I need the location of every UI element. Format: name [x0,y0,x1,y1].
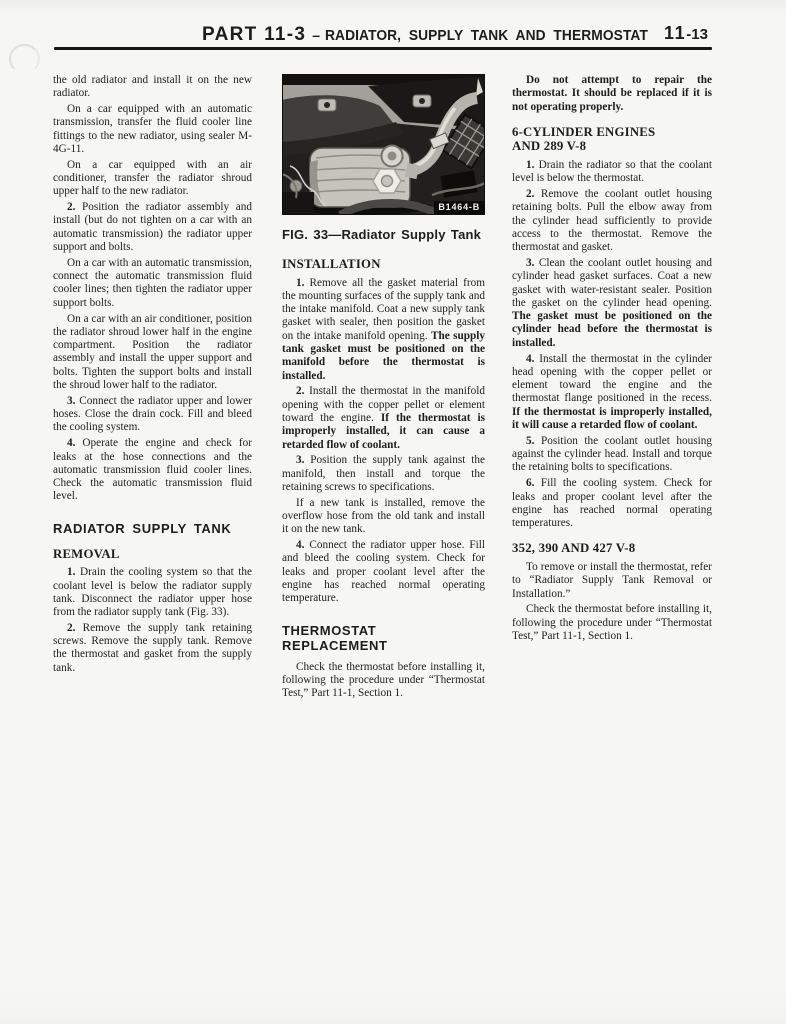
header-title-line: PART 11-3 – RADIATOR, SUPPLY TANK AND TH… [202,24,665,46]
manual-page: PART 11-3 – RADIATOR, SUPPLY TANK AND TH… [0,0,786,1024]
punch-hole [9,44,40,74]
text-run: Position the coolant outlet housing agai… [512,435,712,474]
paragraph: 3. Connect the radiator upper and lower … [53,395,252,435]
text-run: Connect the radiator upper and lower hos… [53,395,252,434]
section-heading: 6-CYLINDER ENGINES AND 289 V-8 [512,125,712,154]
section-heading: RADIATOR SUPPLY TANK [53,521,252,536]
section-heading: THERMOSTAT REPLACEMENT [282,623,485,653]
paragraph: 5. Position the coolant outlet housing a… [512,435,712,475]
paragraph: 1. Drain the cooling system so that the … [53,566,252,619]
page-number-minor: -13 [686,26,708,43]
text-run: Drain the radiator so that the coolant l… [512,159,712,184]
text-run: If a new tank is installed, remove the o… [282,497,485,536]
paragraph: 4. Install the thermostat in the cylinde… [512,353,712,433]
text-run: Drain the cooling system so that the coo… [53,566,252,618]
text-run: Remove the coolant outlet housing retain… [512,188,712,253]
paragraph: 3. Position the supply tank against the … [282,454,485,494]
figure-33: B1464-BFIG. 33—Radiator Supply Tank [282,74,485,242]
bold-run: Do not attempt to repair the thermostat.… [512,74,712,113]
text-run: On a car equipped with an automatic tran… [53,103,252,155]
paragraph: On a car with an automatic transmission,… [53,257,252,310]
text-run: On a car with an air conditioner, positi… [53,313,252,391]
page-number: 11-13 [664,23,708,44]
paragraph: On a car equipped with an automatic tran… [53,103,252,156]
text-run: Check the thermostat before installing i… [512,603,712,642]
paragraph: Check the thermostat before installing i… [512,603,712,643]
column-left: the old radiator and install it on the n… [53,74,252,678]
section-heading: INSTALLATION [282,257,485,272]
paragraph: To remove or install the thermostat, ref… [512,561,712,601]
content-columns: the old radiator and install it on the n… [0,74,786,1024]
text-run: Clean the coolant outlet housing and cyl… [512,257,712,309]
section-heading: REMOVAL [53,547,252,562]
part-number: PART 11-3 [202,24,306,46]
text-run: the old radiator and install it on the n… [53,74,252,99]
paragraph: 6. Fill the cooling system. Check for le… [512,477,712,530]
bold-run: The gasket must be positioned on the cyl… [512,310,712,349]
text-run: To remove or install the thermostat, ref… [512,561,712,600]
paragraph: 4. Connect the radiator upper hose. Fill… [282,539,485,605]
text-run: Fill the cooling system. Check for leaks… [512,477,712,529]
paragraph: 3. Clean the coolant outlet housing and … [512,257,712,350]
text-run: Install the thermostat in the cylinder h… [512,353,712,405]
text-run: On a car with an automatic transmission,… [53,257,252,309]
paragraph: 2. Remove the coolant outlet housing ret… [512,188,712,254]
paragraph: 2. Remove the supply tank retaining scre… [53,622,252,675]
column-middle: B1464-BFIG. 33—Radiator Supply TankINSTA… [282,74,485,703]
text-run: Position the supply tank against the man… [282,454,485,493]
section-heading: 352, 390 AND 427 V-8 [512,541,712,556]
paragraph: the old radiator and install it on the n… [53,74,252,101]
paragraph: Check the thermostat before installing i… [282,661,485,701]
paragraph: 2. Install the thermostat in the manifol… [282,385,485,451]
figure-photo: B1464-B [282,74,485,215]
page-number-major: 11 [664,23,686,43]
paragraph: 1. Drain the radiator so that the coolan… [512,159,712,186]
text-run: On a car equipped with an air conditione… [53,159,252,198]
paragraph: On a car equipped with an air conditione… [53,159,252,199]
bold-run: If the thermostat is improperly installe… [512,406,712,431]
text-run: Operate the engine and check for leaks a… [53,437,252,502]
paragraph: 4. Operate the engine and check for leak… [53,437,252,503]
column-right: Do not attempt to repair the thermostat.… [512,74,712,646]
paragraph: If a new tank is installed, remove the o… [282,497,485,537]
photo-id-label: B1464-B [434,201,484,214]
text-run: Connect the radiator upper hose. Fill an… [282,539,485,604]
paragraph: Do not attempt to repair the thermostat.… [512,74,712,114]
header-dash: – [312,27,320,43]
header-title: RADIATOR, SUPPLY TANK AND THERMOSTAT [325,28,648,44]
header-rule [54,47,712,50]
paragraph: On a car with an air conditioner, positi… [53,313,252,393]
engine-bay-photo [282,74,485,215]
text-run: Position the radiator assembly and insta… [53,201,252,253]
figure-caption: FIG. 33—Radiator Supply Tank [282,227,485,242]
paragraph: 2. Position the radiator assembly and in… [53,201,252,254]
text-run: Check the thermostat before installing i… [282,661,485,700]
paragraph: 1. Remove all the gasket material from t… [282,277,485,383]
text-run: Remove the supply tank retaining screws.… [53,622,252,674]
